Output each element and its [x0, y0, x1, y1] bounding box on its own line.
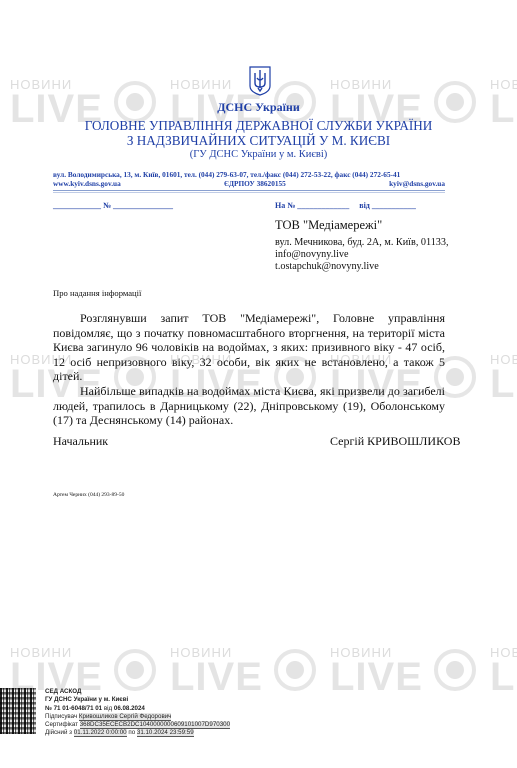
org-website[interactable]: www.kyiv.dsns.gov.ua [53, 179, 121, 188]
recipient-address: вул. Мечникова, буд. 2А, м. Київ, 01133, [275, 237, 449, 248]
from-blank: ___________ [372, 201, 416, 210]
e-signature-stamp: СЕД АСКОД ГУ ДСНС України у м. Києві № 7… [45, 688, 230, 738]
stamp-doc-number: № 71 01-6048/71 01 [45, 705, 102, 712]
stamp-valid-to: 31.10.2024 23:59:59 [137, 729, 194, 737]
stamp-certificate-row: Сертифікат 368DC35ECECB2DC10400000006091… [45, 721, 230, 729]
recipient-email-info[interactable]: info@novyny.live [275, 249, 349, 260]
org-edrpou: ЄДРПОУ 38620155 [224, 179, 286, 188]
qr-code-icon [0, 688, 36, 734]
stamp-certificate-label: Сертифікат [45, 721, 78, 728]
org-contacts-row: www.kyiv.dsns.gov.ua ЄДРПОУ 38620155 kyi… [53, 179, 445, 188]
stamp-valid-to-label: по [128, 729, 135, 736]
letter-body: Розглянувши запит ТОВ "Медіамережі", Гол… [53, 311, 445, 428]
stamp-system: СЕД АСКОД [45, 688, 230, 696]
letterhead-divider-secondary [53, 192, 445, 193]
signatory-name: Сергій КРИВОШЛИКОВ [330, 434, 460, 449]
stamp-doc-number-row: № 71 01-6048/71 01 від 06.08.2024 [45, 705, 230, 713]
stamp-validity-row: Дійсний з 01.11.2022 0:00:00 по 31.10.20… [45, 729, 230, 737]
org-address-line: вул. Володимирська, 13, м. Київ, 01601, … [53, 170, 445, 179]
recipient-name: ТОВ "Медіамережі" [275, 218, 382, 233]
org-short-name: ДСНС України [0, 101, 517, 115]
org-email[interactable]: kyiv@dsns.gov.ua [389, 179, 445, 188]
stamp-certificate: 368DC35ECECB2DC1040000000609101007D97030… [80, 721, 230, 729]
body-paragraph: Найбільше випадків на водоймах міста Киє… [53, 384, 445, 428]
reply-to-field: На № _____________ від ___________ [275, 201, 416, 210]
executor-contact: Артем Черних (044) 293-89-50 [53, 492, 124, 498]
stamp-organization: ГУ ДСНС України у м. Києві [45, 696, 230, 704]
from-label: від [359, 201, 370, 210]
recipient-email-personal[interactable]: t.ostapchuk@novyny.live [275, 261, 379, 272]
stamp-signer-label: Підписувач [45, 713, 77, 720]
letter-subject: Про надання інформації [53, 288, 141, 298]
stamp-doc-date: 06.08.2024 [114, 705, 145, 712]
org-full-name-line1: ГОЛОВНЕ УПРАВЛІННЯ ДЕРЖАВНОЇ СЛУЖБИ УКРА… [0, 118, 517, 133]
stamp-signer: Кривошликов Сергій Федорович [79, 713, 171, 721]
org-abbreviation: (ГУ ДСНС України у м. Києві) [0, 149, 517, 161]
document-page: ДСНС України ГОЛОВНЕ УПРАВЛІННЯ ДЕРЖАВНО… [0, 0, 517, 768]
stamp-valid-from: 01.11.2022 0:00:00 [74, 729, 127, 737]
stamp-doc-date-label: від [104, 705, 112, 712]
letterhead-divider [53, 190, 445, 191]
stamp-signer-row: Підписувач Кривошликов Сергій Федорович [45, 713, 230, 721]
stamp-valid-label: Дійсний з [45, 729, 72, 736]
reply-to-prefix: На № [275, 201, 295, 210]
outgoing-registration-field: ____________ № _______________ [53, 201, 173, 210]
signatory-title: Начальник [53, 434, 108, 449]
org-full-name-line2: З НАДЗВИЧАЙНИХ СИТУАЦІЙ У М. КИЄВІ [0, 133, 517, 148]
ukraine-trident-emblem-icon [249, 66, 271, 96]
body-paragraph: Розглянувши запит ТОВ "Медіамережі", Гол… [53, 311, 445, 384]
reply-to-blank: _____________ [297, 201, 349, 210]
